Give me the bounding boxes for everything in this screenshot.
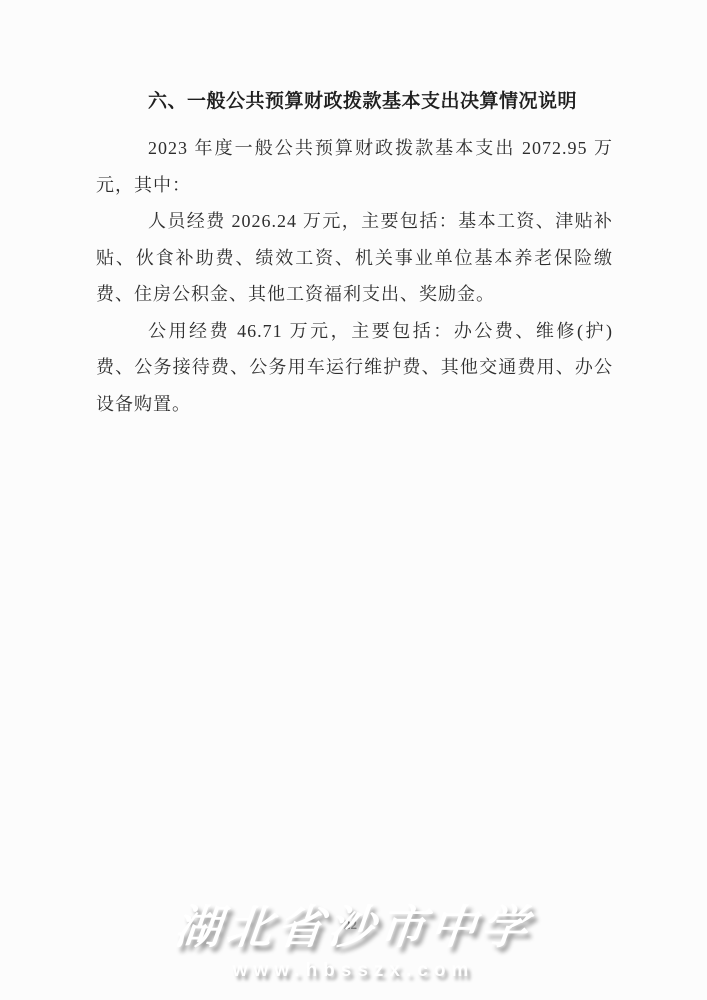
watermark: 湖北省沙市中学 www.hbsszx.com [0,898,707,982]
document-body: 六、一般公共预算财政拨款基本支出决算情况说明 2023 年度一般公共预算财政拨款… [96,84,613,422]
document-page: 六、一般公共预算财政拨款基本支出决算情况说明 2023 年度一般公共预算财政拨款… [0,0,707,1000]
paragraph-personnel-funds: 人员经费 2026.24 万元，主要包括：基本工资、津贴补贴、伙食补助费、绩效工… [96,203,613,313]
page-number: 22 [344,917,357,933]
section-heading: 六、一般公共预算财政拨款基本支出决算情况说明 [96,84,613,120]
watermark-website: www.hbsszx.com [0,960,707,982]
paragraph-public-funds: 公用经费 46.71 万元，主要包括：办公费、维修(护)费、公务接待费、公务用车… [96,313,613,423]
paragraph-basic-expenditure-total: 2023 年度一般公共预算财政拨款基本支出 2072.95 万元，其中： [96,130,613,203]
